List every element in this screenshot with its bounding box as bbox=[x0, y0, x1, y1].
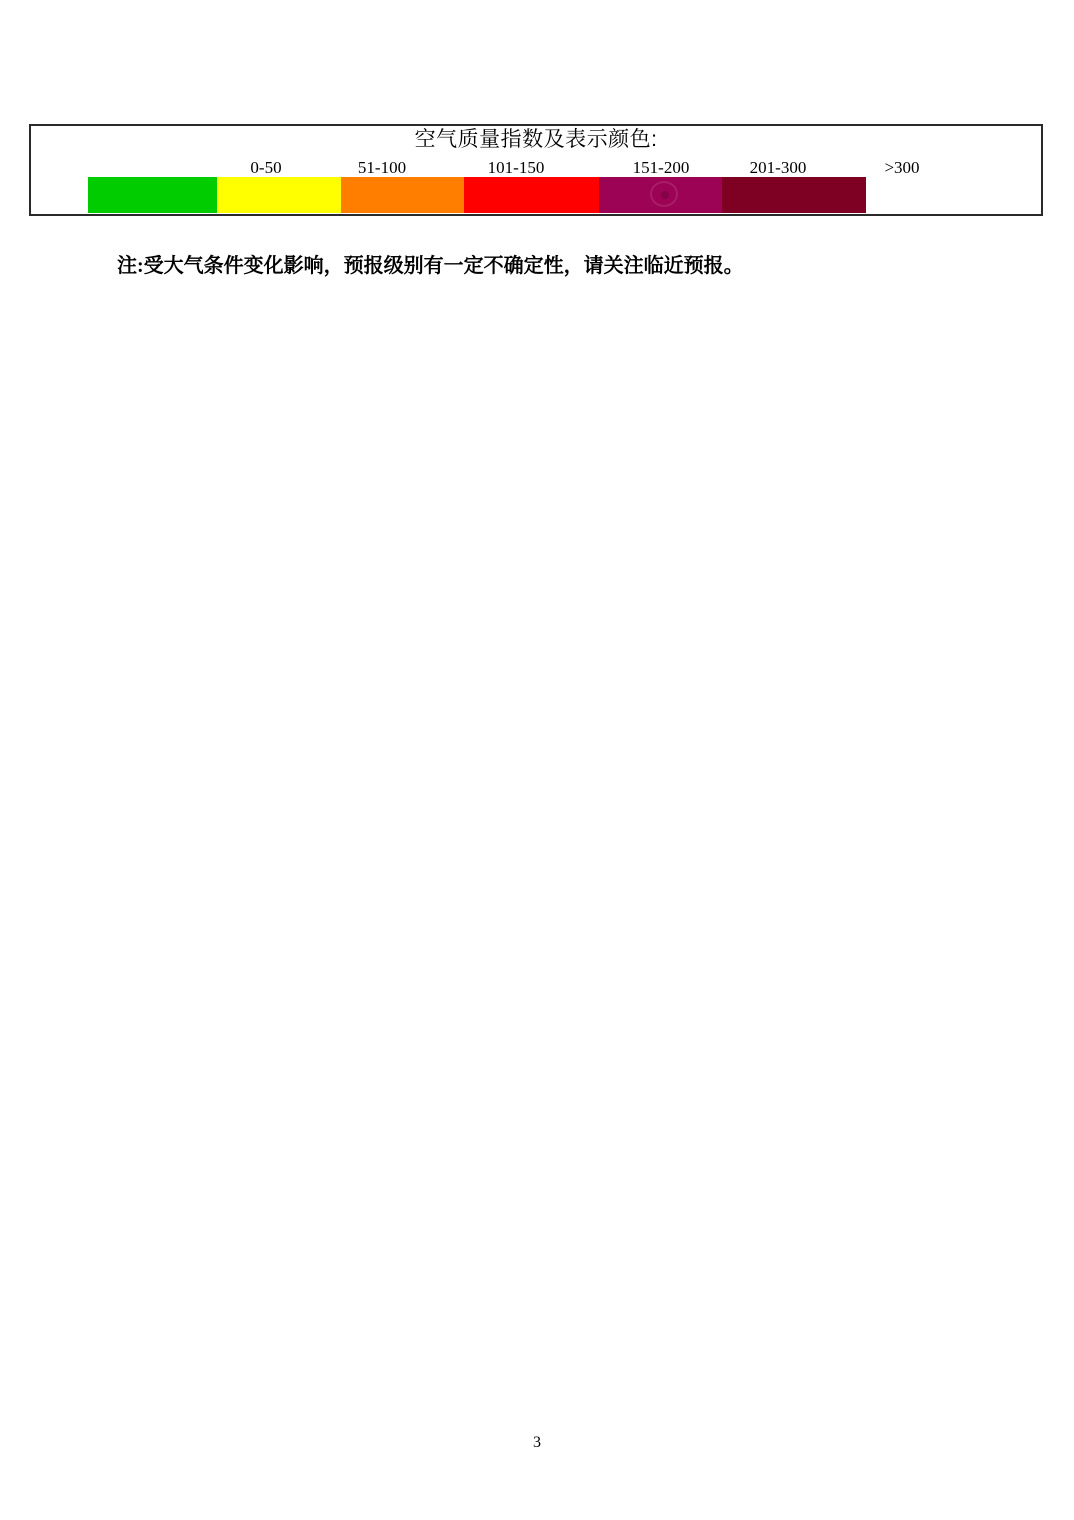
forecast-uncertainty-note: 注:受大气条件变化影响，预报级别有一定不确定性，请关注临近预报。 bbox=[117, 254, 744, 278]
document-page: 空气质量指数及表示颜色: 0-50 51-100 101-150 151-200… bbox=[0, 0, 1074, 1520]
aqi-range-label-101-150: 101-150 bbox=[488, 159, 545, 177]
page-number: 3 bbox=[0, 1434, 1074, 1452]
faint-stamp-artifact bbox=[650, 181, 678, 207]
aqi-swatch-green bbox=[88, 177, 217, 213]
aqi-swatch-yellow bbox=[217, 177, 341, 213]
legend-title: 空气质量指数及表示颜色: bbox=[31, 128, 1041, 152]
aqi-range-label-151-200: 151-200 bbox=[633, 159, 690, 177]
aqi-range-label-over-300: >300 bbox=[884, 159, 919, 177]
aqi-range-label-0-50: 0-50 bbox=[250, 159, 281, 177]
aqi-range-label-201-300: 201-300 bbox=[750, 159, 807, 177]
aqi-swatch-orange bbox=[341, 177, 464, 213]
aqi-swatch-maroon bbox=[722, 177, 866, 213]
aqi-swatch-red bbox=[464, 177, 599, 213]
aqi-range-label-51-100: 51-100 bbox=[358, 159, 406, 177]
